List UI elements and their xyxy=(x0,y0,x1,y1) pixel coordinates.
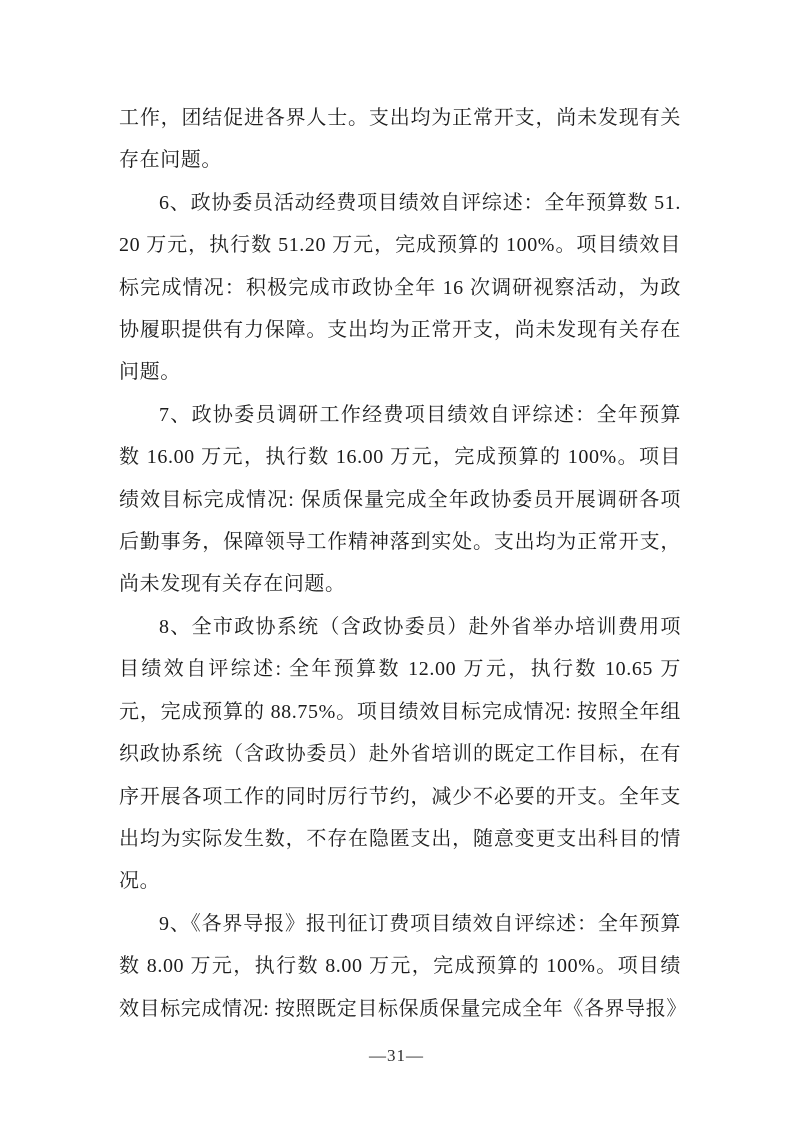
paragraph-item-6: 6、政协委员活动经费项目绩效自评综述：全年预算数 51.20 万元，执行数 51… xyxy=(119,182,681,394)
text-block: 工作，团结促进各界人士。支出均为正常开支，尚未发现有关存在问题。 6、政协委员活… xyxy=(119,97,681,1030)
paragraph-item-7: 7、政协委员调研工作经费项目绩效自评综述：全年预算数 16.00 万元，执行数 … xyxy=(119,394,681,606)
page-number: —31— xyxy=(0,1046,793,1066)
paragraph-continuation: 工作，团结促进各界人士。支出均为正常开支，尚未发现有关存在问题。 xyxy=(119,97,681,182)
paragraph-item-9: 9、《各界导报》报刊征订费项目绩效自评综述：全年预算数 8.00 万元，执行数 … xyxy=(119,903,681,1030)
paragraph-item-8: 8、全市政协系统（含政协委员）赴外省举办培训费用项目绩效自评综述: 全年预算数 … xyxy=(119,606,681,903)
document-page: 工作，团结促进各界人士。支出均为正常开支，尚未发现有关存在问题。 6、政协委员活… xyxy=(0,0,793,1122)
